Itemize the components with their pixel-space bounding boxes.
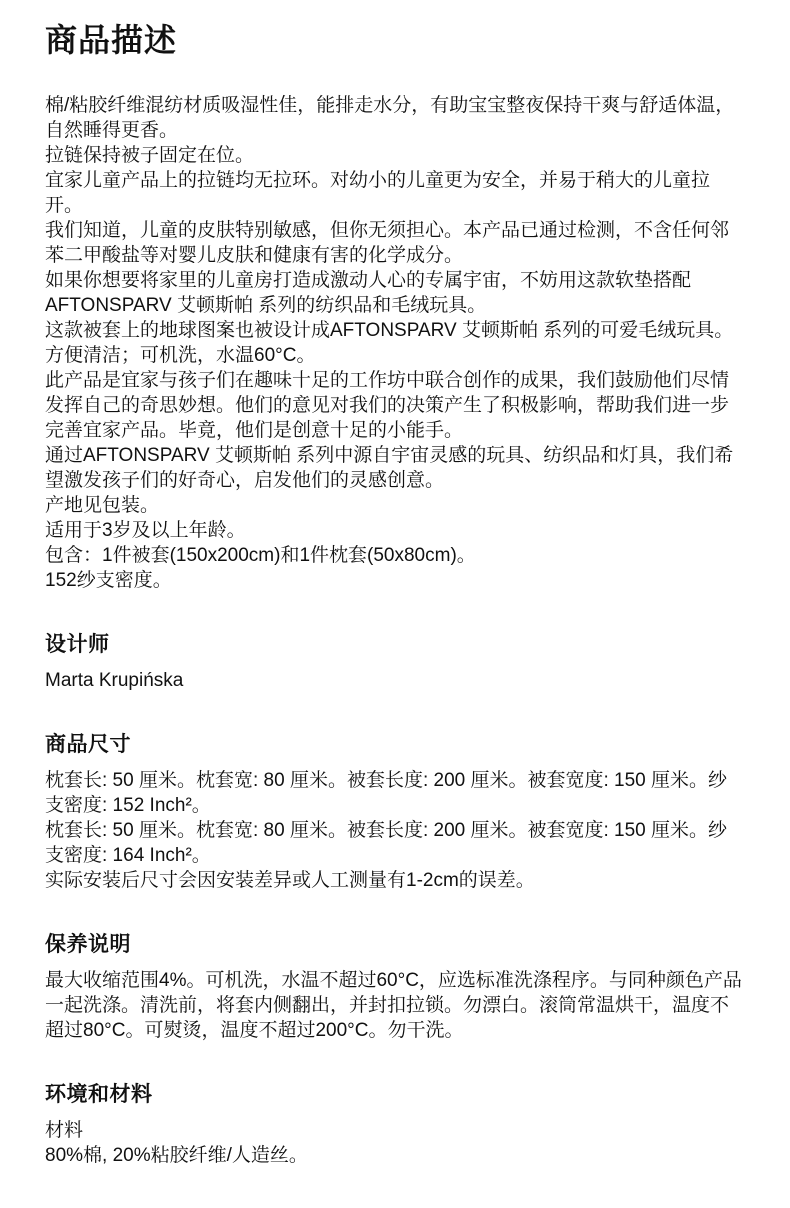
materials-label: 材料 [45,1118,745,1143]
page-title: 商品描述 [45,20,745,60]
materials-heading: 环境和材料 [45,1081,745,1109]
description-paragraph: 我们知道，儿童的皮肤特别敏感，但你无须担心。本产品已通过检测，不含任何邻苯二甲酸… [45,218,745,268]
description-paragraph: 产地见包装。 [45,493,745,518]
description-paragraph: 适用于3岁及以上年龄。 [45,518,745,543]
description-paragraph: 这款被套上的地球图案也被设计成AFTONSPARV 艾顿斯帕 系列的可爱毛绒玩具… [45,318,745,343]
description-paragraph: 宜家儿童产品上的拉链均无拉环。对幼小的儿童更为安全，并易于稍大的儿童拉开。 [45,168,745,218]
product-description-page: 商品描述 棉/粘胶纤维混纺材质吸湿性佳，能排走水分，有助宝宝整夜保持干爽与舒适体… [0,0,790,1208]
description-paragraph: 152纱支密度。 [45,568,745,593]
description-paragraph: 拉链保持被子固定在位。 [45,143,745,168]
dimension-line: 枕套长: 50 厘米。枕套宽: 80 厘米。被套长度: 200 厘米。被套宽度:… [45,818,745,868]
dimensions-lines: 枕套长: 50 厘米。枕套宽: 80 厘米。被套长度: 200 厘米。被套宽度:… [45,768,745,893]
care-heading: 保养说明 [45,931,745,959]
description-paragraph: 包含：1件被套(150x200cm)和1件枕套(50x80cm)。 [45,543,745,568]
description-paragraph: 棉/粘胶纤维混纺材质吸湿性佳，能排走水分，有助宝宝整夜保持干爽与舒适体温，自然睡… [45,93,745,143]
description-paragraph: 如果你想要将家里的儿童房打造成激动人心的专属宇宙，不妨用这款软垫搭配AFTONS… [45,268,745,318]
description-paragraph: 此产品是宜家与孩子们在趣味十足的工作坊中联合创作的成果，我们鼓励他们尽情发挥自己… [45,368,745,443]
materials-composition: 80%棉, 20%粘胶纤维/人造丝。 [45,1143,745,1168]
care-text: 最大收缩范围4%。可机洗，水温不超过60°C，应选标准洗涤程序。与同种颜色产品一… [45,968,745,1043]
description-paragraphs: 棉/粘胶纤维混纺材质吸湿性佳，能排走水分，有助宝宝整夜保持干爽与舒适体温，自然睡… [45,93,745,593]
dimensions-heading: 商品尺寸 [45,731,745,759]
dimension-line: 实际安装后尺寸会因安装差异或人工测量有1-2cm的误差。 [45,868,745,893]
designer-heading: 设计师 [45,631,745,659]
description-paragraph: 通过AFTONSPARV 艾顿斯帕 系列中源自宇宙灵感的玩具、纺织品和灯具，我们… [45,443,745,493]
description-paragraph: 方便清洁；可机洗，水温60°C。 [45,343,745,368]
dimension-line: 枕套长: 50 厘米。枕套宽: 80 厘米。被套长度: 200 厘米。被套宽度:… [45,768,745,818]
designer-name: Marta Krupińska [45,668,745,693]
